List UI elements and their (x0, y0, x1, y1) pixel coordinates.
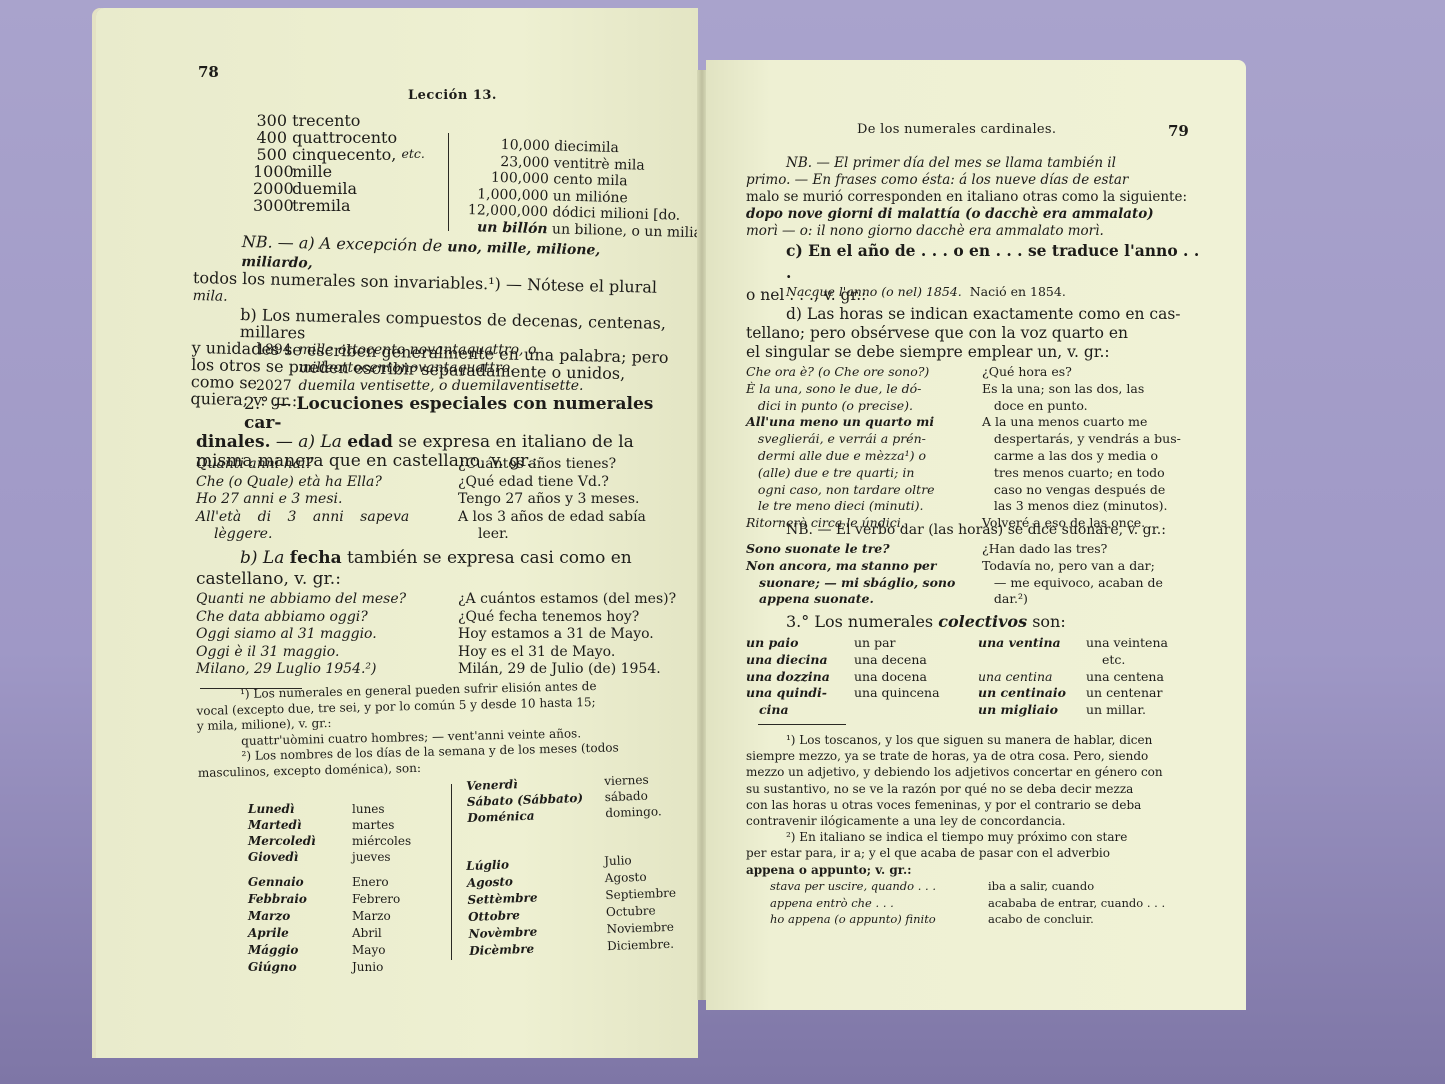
spanish-phrase: ¿Qué edad tiene Vd.? (458, 474, 609, 492)
italian-phrase: stava per uscire, quando . . . (770, 878, 988, 895)
section-prefix: 3.° Los numerales (786, 612, 933, 631)
section-suffix: son: (1032, 612, 1066, 631)
text-line: d) Las horas se indican exactamente como… (746, 305, 1208, 324)
italian-phrase: Che ora è? (o Che ore sono?) (746, 364, 982, 381)
footnote-line: con las horas u otras voces femeninas, y… (746, 797, 1208, 813)
italian-phrase: ho appena (o appunto) finito (770, 911, 988, 928)
italian-phrase: una centina (978, 669, 1086, 686)
text-line: tellano; pero obsérvese que con la voz q… (746, 324, 1208, 343)
footnotes: ¹) Los toscanos, y los que siguen su man… (746, 732, 1208, 878)
page-number: 79 (1168, 122, 1189, 140)
spanish-phrase: un millar. (1086, 702, 1146, 719)
spanish-phrase: A los 3 años de edad sabía (458, 509, 646, 527)
italian-phrase: lèggere. (196, 526, 458, 544)
spanish-phrase: acababa de entrar, cuando . . . (988, 895, 1165, 912)
year-text: duemila ventisette, o duemilaventisette. (298, 377, 583, 395)
text: también se expresa casi como en (347, 548, 632, 568)
text-line: c) En el año de . . . o en . . . se trad… (746, 240, 1208, 284)
fecha-paragraph: b) La fecha también se expresa casi como… (196, 548, 674, 590)
spanish-phrase: ¿A cuántos estamos (del mes)? (458, 591, 676, 609)
spanish-phrase: — me equivoco, acaban de (982, 575, 1163, 592)
spanish-phrase: una centena (1086, 669, 1164, 686)
right-page: De los numerales cardinales. 79 NB. — El… (706, 60, 1246, 1010)
month-italian: Aprile (248, 925, 352, 942)
italian-phrase: un paio (746, 635, 854, 652)
spanish-phrase (854, 702, 978, 719)
italian-phrase: le tre meno dieci (minuti). (746, 498, 982, 515)
month-spanish: Mayo (352, 942, 385, 959)
italian-phrase: una quindi- (746, 685, 854, 702)
italian-phrase: un centinaio (978, 685, 1086, 702)
italian-phrase: All'una meno un quarto mi (746, 414, 982, 431)
column-divider (451, 784, 452, 960)
month-spanish: Junio (352, 959, 383, 976)
spanish-phrase: las 3 menos diez (minutos). (982, 498, 1168, 515)
italian-phrase: Oggi siamo al 31 maggio. (196, 626, 458, 644)
section-title: dinales. (196, 432, 270, 452)
nb-lead: NB. — a) A excepción de (242, 232, 443, 255)
footnotes: ¹) Los numerales en general pueden sufri… (196, 677, 676, 781)
spanish-phrase: una docena (854, 669, 978, 686)
italian-phrase: una diecina (746, 652, 854, 669)
d-horas-paragraph: d) Las horas se indican exactamente como… (746, 305, 1208, 362)
spanish-phrase: leer. (458, 526, 509, 544)
spanish-phrase: carme a las dos y media o (982, 448, 1158, 465)
spanish-phrase: etc. (1086, 652, 1125, 669)
numeral: 400 (253, 129, 287, 146)
subsection-label: — a) La (276, 432, 342, 452)
running-head: Lección 13. (408, 88, 497, 103)
numeral-word: duemila (292, 180, 357, 197)
numeral-word: mille (292, 163, 332, 180)
text-line: castellano, v. gr.: (196, 569, 674, 590)
text-line: el singular se debe siempre emplear un, … (746, 343, 1208, 362)
month-spanish: Abril (352, 925, 382, 942)
month-spanish: Octubre (606, 902, 656, 921)
days-left: Lunedìlunes Martedìmartes Mercoledìmiérc… (248, 801, 411, 865)
italian-phrase: cina (746, 702, 854, 719)
spanish-phrase: ¿Qué fecha tenemos hoy? (458, 609, 639, 627)
day-spanish: miércoles (352, 833, 411, 849)
italian-phrase: ogni caso, non tardare oltre (746, 482, 982, 499)
day-spanish: sábado (604, 788, 648, 805)
year-examples: 1894 mille ottocento novantaquattro, o m… (256, 341, 583, 395)
term-colectivos: colectivos (938, 612, 1027, 631)
numeral-word: trecento (292, 112, 360, 129)
footnote-line: ²) En italiano se indica el tiempo muy p… (746, 829, 1208, 845)
italian-phrase: appena suonate. (746, 591, 982, 608)
month-spanish: Agosto (605, 869, 647, 887)
page-number: 78 (198, 63, 219, 81)
month-spanish: Diciembre. (607, 936, 674, 955)
italian-phrase: All'età di 3 anni sapeva (196, 509, 458, 527)
italian-phrase: Quanti anni hai? (196, 456, 458, 474)
term-fecha: fecha (290, 548, 342, 568)
italian-phrase: Sono suonate le tre? (746, 541, 982, 558)
months-left: GennaioEnero FebbraioFebrero MarzoMarzo … (248, 874, 400, 976)
day-spanish: viernes (604, 772, 649, 790)
italian-phrase: una dozzina (746, 669, 854, 686)
italian-phrase: un migliaio (978, 702, 1086, 719)
day-spanish: domingo. (605, 803, 662, 821)
numeral-word: cento mila (553, 171, 628, 189)
numeral-word: tremila (292, 197, 351, 214)
footnote-line: mezzo un adjetivo, y debiendo los adjeti… (746, 764, 1208, 780)
etc-label: etc. (401, 146, 424, 163)
date-examples: Quanti ne abbiamo del mese?¿A cuántos es… (196, 591, 676, 679)
spanish-phrase: Todavía no, pero van a dar; (982, 558, 1155, 575)
running-head: De los numerales cardinales. (857, 122, 1056, 137)
italian-phrase: Che (o Quale) età ha Ella? (196, 474, 458, 492)
footnote-line: su sustantivo, no se ve la razón por qué… (746, 781, 1208, 797)
nb-mila: mila. (192, 288, 227, 305)
footnote-rule (758, 724, 846, 725)
column-divider (448, 133, 449, 231)
nb-line: morì — o: il nono giorno dacchè era amma… (746, 223, 1208, 240)
left-page: 78 Lección 13. 300 trecento 400 quattroc… (96, 8, 698, 1058)
italian-phrase: Ho 27 anni e 3 mesi. (196, 491, 458, 509)
numeral: 3000 (253, 197, 287, 214)
nb-line: malo se murió corresponden en italiano o… (746, 189, 1208, 206)
spanish-phrase: A la una menos cuarto me (982, 414, 1147, 431)
spanish-phrase: acabo de concluir. (988, 911, 1094, 928)
term-edad: edad (347, 432, 393, 452)
spanish-phrase: un par (854, 635, 978, 652)
day-italian: Martedì (248, 817, 352, 833)
spanish-phrase: Tengo 27 años y 3 meses. (458, 491, 639, 509)
italian-phrase: appena entrò che . . . (770, 895, 988, 912)
spanish-phrase: ¿Cuántos años tienes? (458, 456, 616, 474)
numerals-right-column: 10,000 diecimila 23,000 ventitrè mila 10… (461, 136, 698, 242)
month-italian: Gennaio (248, 874, 352, 891)
spanish-phrase: un centenar (1086, 685, 1162, 702)
month-italian: Dicèmbre (469, 938, 608, 960)
numeral: 1000 (253, 163, 287, 180)
days-right: Venerdìviernes Sábato (Sábbato)sábado Do… (466, 771, 662, 826)
italian-phrase: Che data abbiamo oggi? (196, 609, 458, 627)
nacque-example: Nacque l'anno (o nel) 1854. Nació en 185… (786, 284, 1066, 300)
nb-line: dopo nove giorni di malattía (o dacchè e… (746, 206, 1208, 223)
hour-examples: Che ora è? (o Che ore sono?)¿Qué hora es… (746, 364, 1181, 532)
day-spanish: lunes (352, 801, 385, 817)
spanish-phrase: ¿Han dado las tres? (982, 541, 1107, 558)
section-number: 2.° — (244, 394, 291, 414)
footnote-line: appena o appunto; v. gr.: (746, 862, 1208, 878)
italian-phrase: Nacque l'anno (o nel) 1854. (786, 284, 962, 299)
spanish-phrase: Hoy estamos a 31 de Mayo. (458, 626, 654, 644)
italian-phrase: dermi alle due e mèzza¹) o (746, 448, 982, 465)
day-italian: Doménica (467, 805, 605, 826)
italian-phrase: (alle) due e tre quarti; in (746, 465, 982, 482)
spanish-phrase: iba a salir, cuando (988, 878, 1094, 895)
italian-phrase: Milano, 29 Luglio 1954.²) (196, 661, 458, 679)
month-spanish: Septiembre (605, 885, 676, 904)
italian-phrase: Oggi è il 31 maggio. (196, 644, 458, 662)
spanish-phrase: Hoy es el 31 de Mayo. (458, 644, 615, 662)
nb-suonare: NB. — El verbo dar (las horas) se dice s… (786, 522, 1166, 538)
day-italian: Lunedì (248, 801, 352, 817)
italian-phrase: dici in punto (o precise). (746, 398, 982, 415)
footnote-line: contravenir ilógicamente a una ley de co… (746, 813, 1208, 829)
numeral: 300 (253, 112, 287, 129)
footnote-line: per estar para, ir a; y el que acaba de … (746, 845, 1208, 861)
italian-phrase: suonare; — mi sbáglio, sono (746, 575, 982, 592)
numeral-word: quattrocento (292, 129, 397, 146)
spanish-phrase: tres menos cuarto; en todo (982, 465, 1165, 482)
nb-line: NB. — El primer día del mes se llama tam… (746, 155, 1208, 172)
month-italian: Giúgno (248, 959, 352, 976)
spanish-phrase: Es la una; son las dos, las (982, 381, 1144, 398)
italian-phrase: È la una, sono le due, le dó- (746, 381, 982, 398)
month-spanish: Enero (352, 874, 389, 891)
footnote-line: ¹) Los toscanos, y los que siguen su man… (746, 732, 1208, 748)
month-italian: Marzo (248, 908, 352, 925)
numeral-word: diecimila (554, 138, 619, 156)
nb-line: primo. — En frases como ésta: á los nuev… (746, 172, 1208, 189)
month-italian: Mággio (248, 942, 352, 959)
month-spanish: Julio (604, 852, 632, 870)
year-text: mille ottocento novantaquattro, o (298, 341, 536, 359)
text: se expresa en italiano de la (398, 432, 634, 452)
italian-phrase (978, 652, 1086, 669)
numeral: un billón (461, 218, 547, 237)
age-examples: Quanti anni hai?¿Cuántos años tienes? Ch… (196, 456, 646, 544)
appena-examples: stava per uscire, quando . . .iba a sali… (770, 878, 1165, 928)
day-italian: Giovedì (248, 849, 352, 865)
spanish-phrase: caso no vengas después de (982, 482, 1165, 499)
section-3-heading: 3.° Los numerales colectivos son: (786, 612, 1066, 631)
collectives-table: un paioun paruna ventinauna veintena una… (746, 635, 1168, 719)
spanish-phrase: una decena (854, 652, 978, 669)
section-title: Locuciones especiales con numerales car- (244, 394, 653, 433)
suonare-examples: Sono suonate le tre?¿Han dado las tres? … (746, 541, 1163, 608)
numeral-word: un bilione, o un miliar. (552, 221, 698, 242)
subsection-label: b) La (240, 548, 284, 568)
year: 2027 (256, 377, 294, 395)
spanish-phrase: una quincena (854, 685, 978, 702)
day-spanish: martes (352, 817, 394, 833)
months-right: LúglioJulio AgostoAgosto SettèmbreSeptie… (466, 851, 678, 960)
spanish-phrase: doce en punto. (982, 398, 1088, 415)
month-spanish: Marzo (352, 908, 391, 925)
italian-phrase: una ventina (978, 635, 1086, 652)
italian-phrase: sveglierái, e verrái a prén- (746, 431, 982, 448)
day-italian: Mercoledì (248, 833, 352, 849)
italian-phrase: Non ancora, ma stanno per (746, 558, 982, 575)
spanish-phrase: Nació en 1854. (970, 284, 1066, 299)
spanish-phrase: Milán, 29 de Julio (de) 1954. (458, 661, 661, 679)
year-text: milleottocentonovantaquattro. (298, 359, 514, 377)
month-spanish: Febrero (352, 891, 400, 908)
spanish-phrase: despertarás, y vendrás a bus- (982, 431, 1181, 448)
day-spanish: jueves (352, 849, 391, 865)
numeral-word: un milióne (553, 188, 628, 206)
italian-phrase: Quanti ne abbiamo del mese? (196, 591, 458, 609)
footnote-line: siempre mezzo, ya se trate de horas, ya … (746, 748, 1208, 764)
numeral-word: cinquecento, (292, 146, 396, 163)
spanish-phrase: ¿Qué hora es? (982, 364, 1072, 381)
month-italian: Febbraio (248, 891, 352, 908)
spanish-phrase: una veintena (1086, 635, 1168, 652)
numerals-left-column: 300 trecento 400 quattrocento 500 cinque… (253, 112, 425, 214)
numeral: 2000 (253, 180, 287, 197)
nb-primer: NB. — El primer día del mes se llama tam… (746, 155, 1208, 240)
numeral: 500 (253, 146, 287, 163)
year: 1894 (256, 341, 294, 359)
spanish-phrase: dar.²) (982, 591, 1028, 608)
